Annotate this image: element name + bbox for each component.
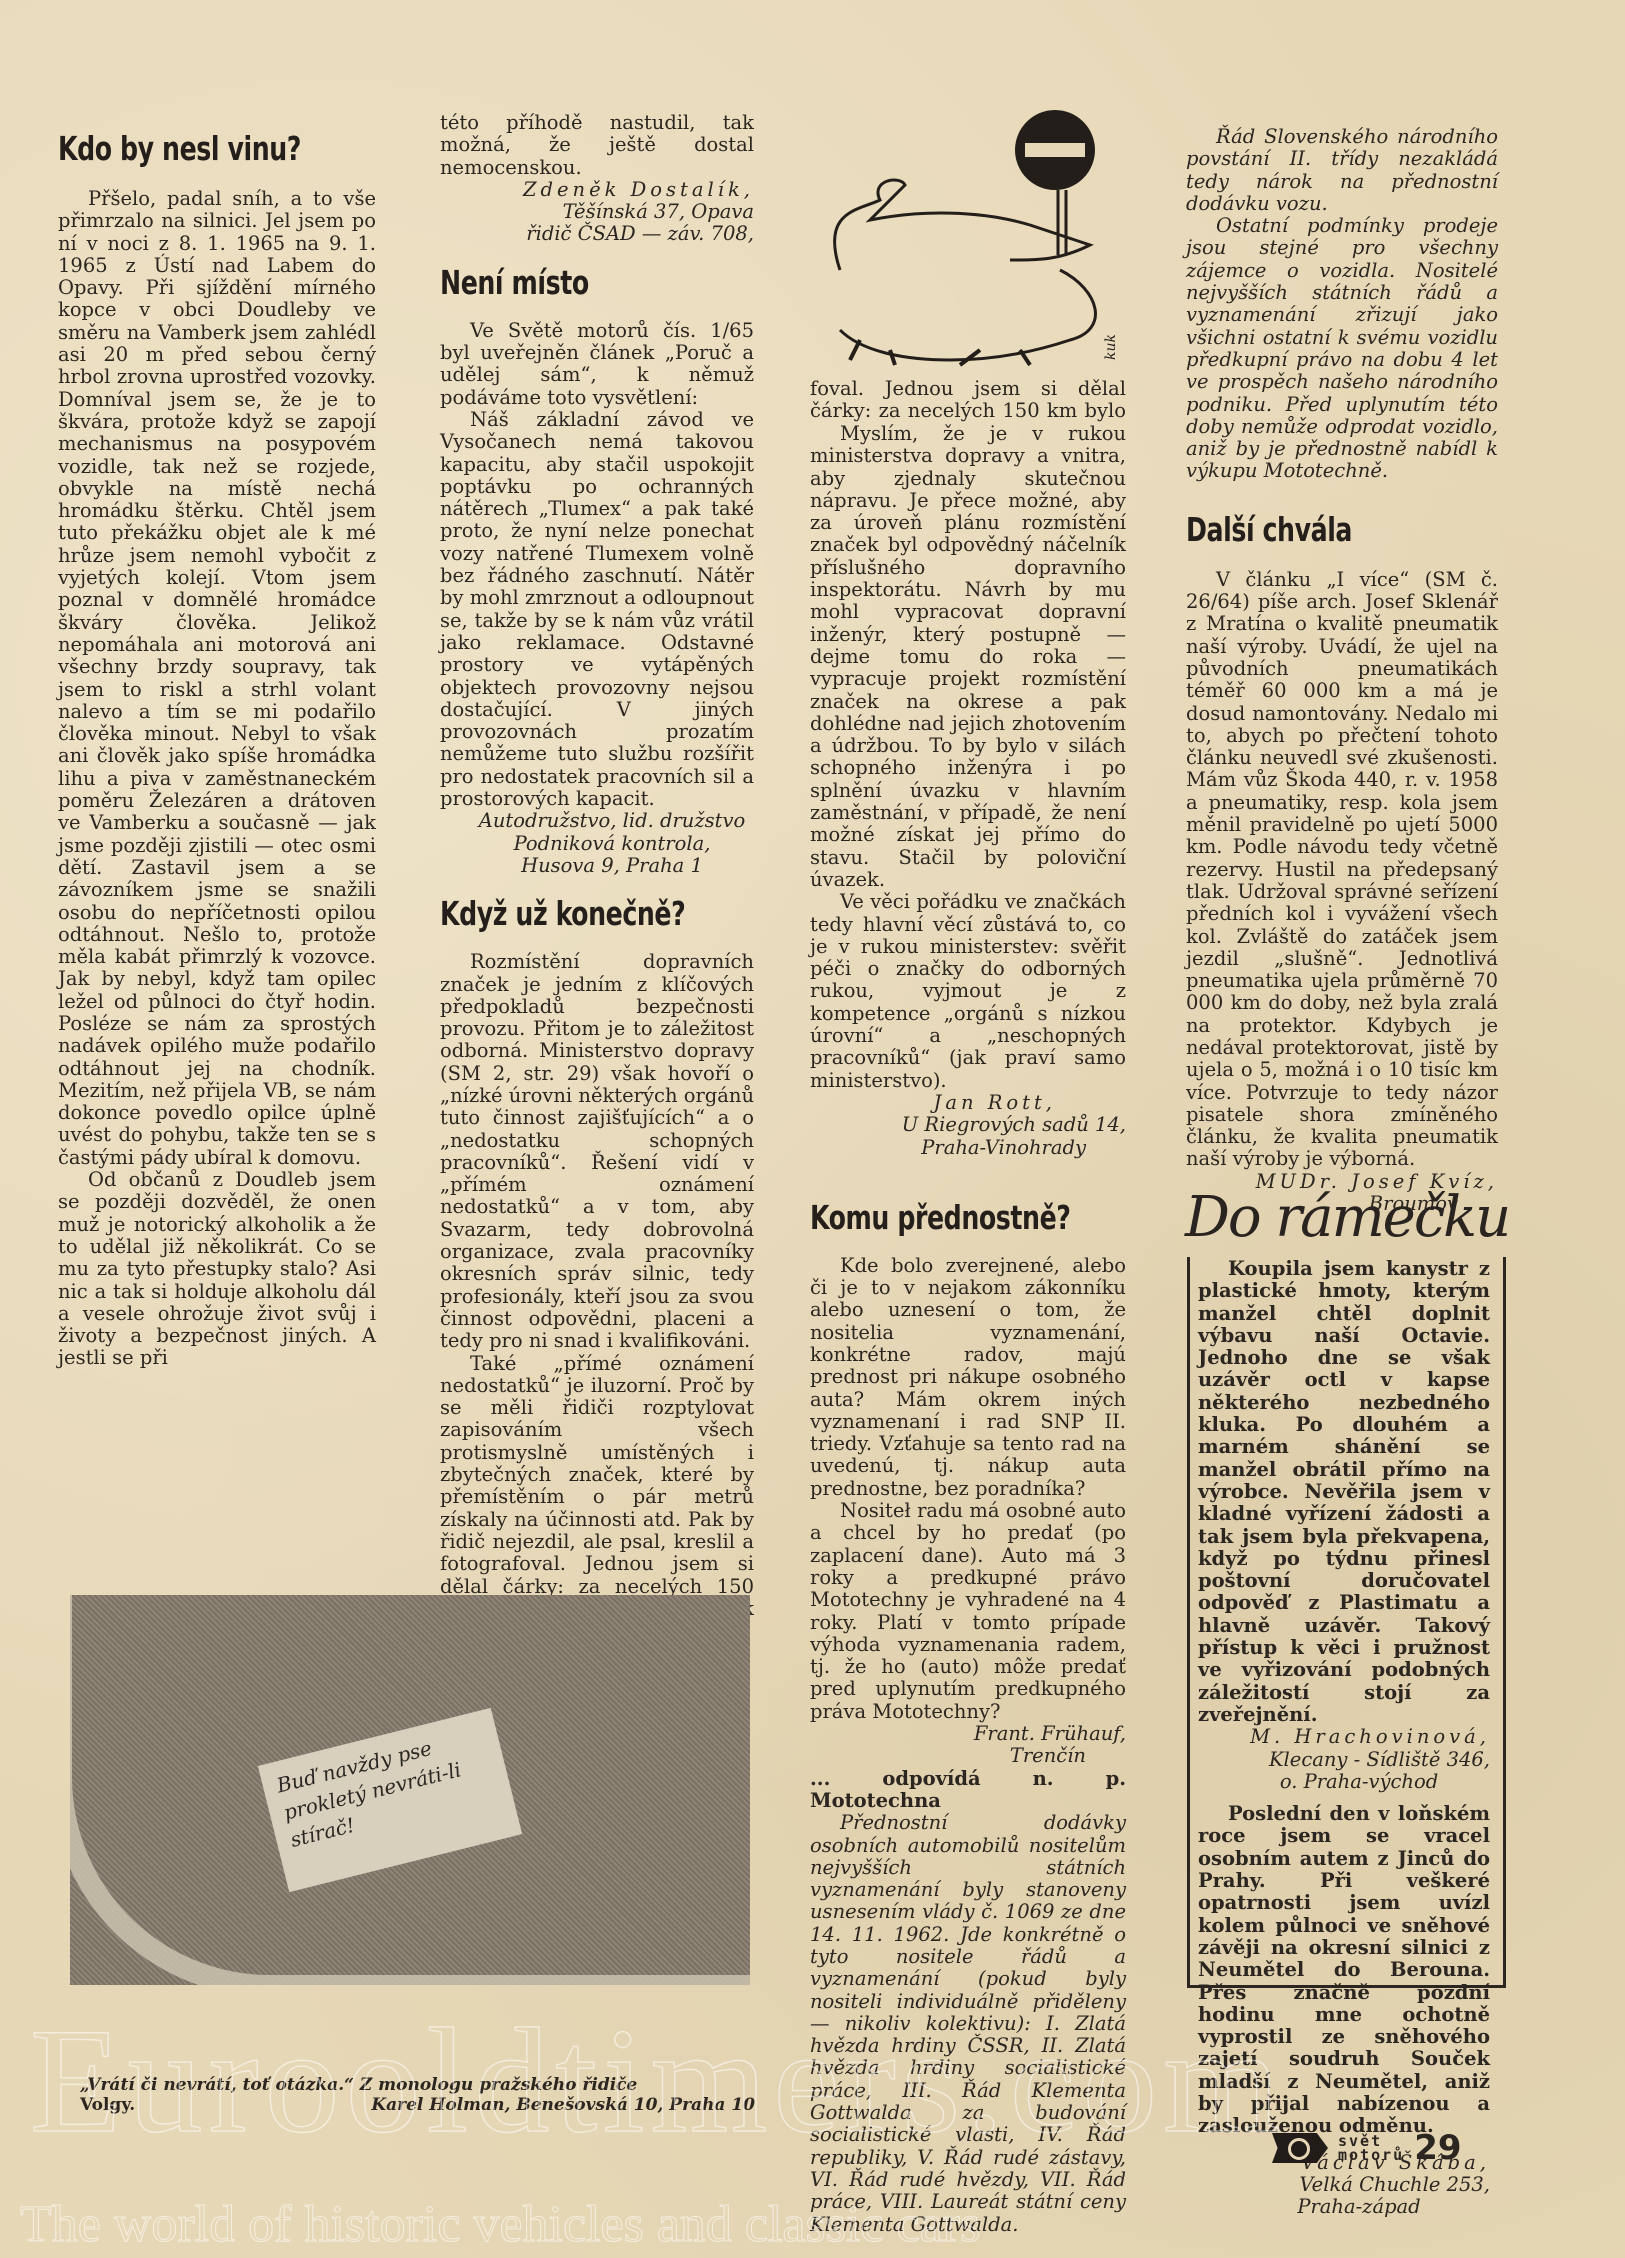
reply-paragraph: Řád Slovenského národního povstání II. t… [1186,126,1498,215]
signature-address: Husova 9, Praha 1 [440,855,754,877]
signature-address: Velká Chuchle 253, [1198,2174,1490,2196]
article-paragraph: Od občanů z Doudleb jsem se později dozv… [58,1169,376,1370]
signature-note: řidič ČSAD — záv. 708, [440,223,754,245]
column-3: foval. Jednou jsem si dělal čárky: za ne… [810,378,1126,2236]
article-paragraph: Nositeł radu má osobné auto a chcel by h… [810,1500,1126,1723]
article-paragraph: Ve Světě motorů čís. 1/65 byl uveřejněn … [440,320,754,409]
signature-address: Klecany - Sídliště 346, [1198,1749,1490,1771]
car-window-photo: Buď navždy pse prokletý nevráti-li stíra… [70,1595,750,1985]
article-paragraph: Kde bolo zverejnené, alebo či je to v ne… [810,1255,1126,1500]
brand-line-2: motorů [1338,2148,1404,2162]
signature-name: Jan Rott, [810,1092,1126,1114]
article-paragraph-continued: této příhodě nastudil, tak možná, že ješ… [440,112,754,179]
page-number: 29 [1414,2128,1461,2168]
signature-name: Frant. Frühauf, [810,1723,1126,1745]
signature-city: Trenčín [810,1745,1126,1767]
signature-name: M. Hrachovinová, [1198,1726,1490,1748]
article-paragraph: V článku „I více“ (SM č. 26/64) píše arc… [1186,569,1498,1171]
signature-address: Těšínská 37, Opava [440,201,754,223]
article-title: Kdo by nesl vinu? [58,130,328,168]
signature-name: Zdeněk Dostalík, [440,179,754,201]
cartoon-pig-no-entry-sign-illustration: kuk [800,60,1160,370]
article-title: Komu přednostně? [810,1199,1079,1237]
watermark-site: Eurooldtimers.com [30,1995,1286,2167]
signature-city: o. Praha-východ [1198,1771,1490,1793]
article-paragraph: Náš základní závod ve Vysočanech nemá ta… [440,409,754,810]
letter-text: Koupila jsem kanystr z plastické hmoty, … [1198,1258,1490,1726]
signature-city: Praha-Vinohrady [810,1137,1126,1159]
article-paragraph: Rozmístění dopravních značek je jedním z… [440,951,754,1352]
frame-section-title: Do rámečku [1185,1185,1509,1250]
article-paragraph: Myslím, že je v rukou ministerstva dopra… [810,423,1126,891]
column-4: Řád Slovenského národního povstání II. t… [1186,126,1498,1215]
watermark-tagline: The world of historic vehicles and class… [20,2195,980,2254]
article-paragraph: Přšelo, padal sníh, a to vše přimrzalo n… [58,188,376,1169]
magazine-brand: svět motorů [1338,2134,1404,2162]
article-title: Není místo [440,264,707,302]
article-paragraph-continued: foval. Jednou jsem si dělal čárky: za ne… [810,378,1126,423]
signature-address: U Riegrových sadů 14, [810,1114,1126,1136]
article-paragraph: Ve věci pořádku ve značkách tedy hlavní … [810,891,1126,1092]
article-title: Když už konečně? [440,895,707,933]
signature-city: Praha-západ [1198,2196,1490,2218]
signature-dept: Podniková kontrola, [440,833,754,855]
signature-org: Autodružstvo, lid. družstvo [440,810,754,832]
article-kdo-by-nesl-vinu: Kdo by nesl vinu? Přšelo, padal sníh, a … [58,130,376,1370]
column-2: této příhodě nastudil, tak možná, že ješ… [440,112,754,1643]
reply-heading: ... odpovídá n. p. Mototechna [810,1768,1126,1813]
article-title: Další chvála [1186,511,1451,549]
svg-text:kuk: kuk [1103,334,1119,360]
reply-paragraph: Ostatní podmínky prodeje jsou stejné pro… [1186,215,1498,483]
page-footer: svět motorů 29 [1272,2128,1462,2168]
